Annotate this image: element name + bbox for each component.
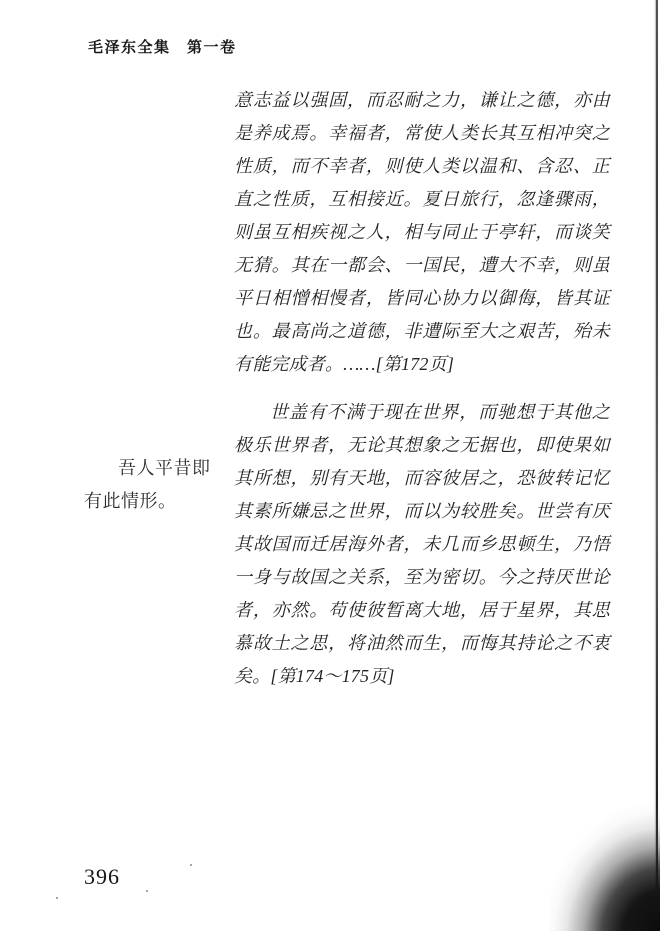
book-page-scan: 毛泽东全集 第一卷 吾人平昔即有此情形。 意志益以强固，而忍耐之力，谦让之德，亦… — [0, 0, 660, 931]
body-paragraph-2: 世盖有不满于现在世界，而驰想于其他之极乐世界者，无论其想象之无据也，即使果如其所… — [234, 396, 610, 693]
scan-corner-shadow — [550, 801, 660, 931]
page-number: 396 — [84, 864, 120, 890]
running-header-title: 毛泽东全集 第一卷 — [88, 36, 237, 57]
margin-note: 吾人平昔即有此情形。 — [84, 452, 212, 518]
scan-edge-shadow — [656, 0, 658, 931]
body-paragraph-1: 意志益以强固，而忍耐之力，谦让之德，亦由是养成焉。幸福者，常使人类长其互相冲突之… — [234, 84, 610, 381]
main-text-column: 意志益以强固，而忍耐之力，谦让之德，亦由是养成焉。幸福者，常使人类长其互相冲突之… — [234, 84, 610, 693]
scan-speck — [146, 890, 148, 892]
scan-speck — [56, 897, 58, 899]
scan-speck — [190, 864, 192, 866]
